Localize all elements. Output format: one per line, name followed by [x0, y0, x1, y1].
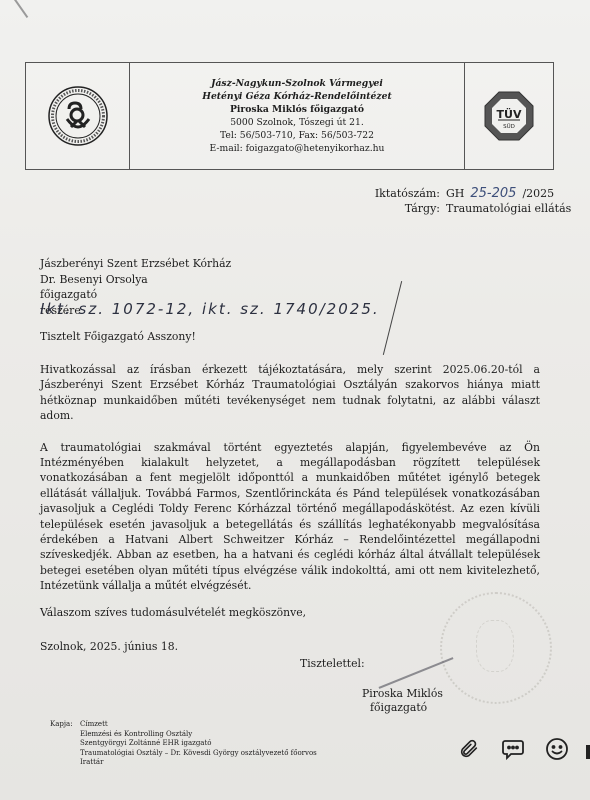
emoji-icon: [545, 737, 569, 761]
svg-text:TÜV: TÜV: [497, 107, 522, 121]
regards: Tisztelettel:: [300, 657, 365, 670]
window-edge: [586, 745, 590, 759]
cc-recipient: Traumatológiai Osztály – Dr. Kövesdi Gyö…: [80, 749, 317, 759]
address: 5000 Szolnok, Tószegi út 21.: [230, 116, 364, 129]
document-meta: Iktatószám: GH 25-205 /2025 Tárgy: Traum…: [370, 186, 571, 216]
salutation: Tisztelt Főigazgató Asszony!: [40, 330, 196, 343]
phone-fax: Tel: 56/503-710, Fax: 56/503-722: [220, 129, 374, 142]
body-paragraph-1: Hivatkozással az írásban érkezett tájéko…: [40, 362, 540, 424]
addressee-institution: Jászberényi Szent Erzsébet Kórház: [40, 256, 231, 272]
subject-value: Traumatológiai ellátás: [446, 201, 571, 216]
pen-mark: [14, 0, 28, 18]
cc-list: Kapja: Címzett Elemzési és Kontrolling O…: [50, 720, 317, 768]
official-stamp: [440, 592, 552, 704]
handwritten-reference: Ikt. sz. 1072-12, ikt. sz. 1740/2025.: [40, 300, 380, 318]
cc-recipient: Elemzési és Kontrolling Osztály: [80, 730, 317, 740]
letter-body: Hivatkozással az írásban érkezett tájéko…: [40, 362, 540, 610]
closing-line: Válaszom szíves tudomásulvételét megkösz…: [40, 606, 306, 619]
body-paragraph-2: A traumatológiai szakmával történt egyez…: [40, 440, 540, 594]
comment-button[interactable]: [500, 736, 526, 762]
tuv-sud-certification-logo: TÜV SÜD: [464, 63, 553, 169]
county-name: Jász-Nagykun-Szolnok Vármegyei: [211, 77, 383, 90]
email: E-mail: foigazgato@hetenyikorhaz.hu: [210, 142, 385, 155]
hospital-emblem-logo: [26, 63, 130, 169]
date-line: Szolnok, 2025. június 18.: [40, 640, 178, 653]
signer-title: főigazgató: [362, 701, 443, 715]
emoji-button[interactable]: [544, 736, 570, 762]
reference-label: Iktatószám:: [370, 186, 446, 201]
signer-block: Piroska Miklós főigazgató: [362, 687, 443, 715]
hospital-name: Hetényi Géza Kórház-Rendelőintézet: [202, 90, 391, 103]
director-name: Piroska Miklós főigazgató: [230, 103, 364, 116]
reference-handwritten: 25-205: [470, 186, 516, 201]
signature: [379, 657, 454, 689]
attach-button[interactable]: [456, 736, 482, 762]
reference-suffix: /2025: [522, 186, 554, 201]
comment-icon: [501, 737, 525, 761]
signer-name: Piroska Miklós: [362, 687, 443, 701]
letterhead-text: Jász-Nagykun-Szolnok Vármegyei Hetényi G…: [130, 63, 464, 169]
cc-recipient: Irattár: [80, 758, 317, 768]
addressee-name: Dr. Besenyi Orsolya: [40, 272, 231, 288]
action-toolbar: [456, 736, 570, 762]
paperclip-icon: [458, 738, 480, 760]
subject-label: Tárgy:: [370, 201, 446, 216]
cc-recipient: Szentgyörgyi Zoltánné EHR igazgató: [80, 739, 317, 749]
svg-text:SÜD: SÜD: [503, 123, 515, 130]
cc-label: Kapja:: [50, 720, 80, 768]
reference-prefix: GH: [446, 186, 464, 201]
letterhead: Jász-Nagykun-Szolnok Vármegyei Hetényi G…: [25, 62, 554, 170]
handwritten-slash: [383, 281, 402, 355]
cc-recipient: Címzett: [80, 720, 317, 730]
